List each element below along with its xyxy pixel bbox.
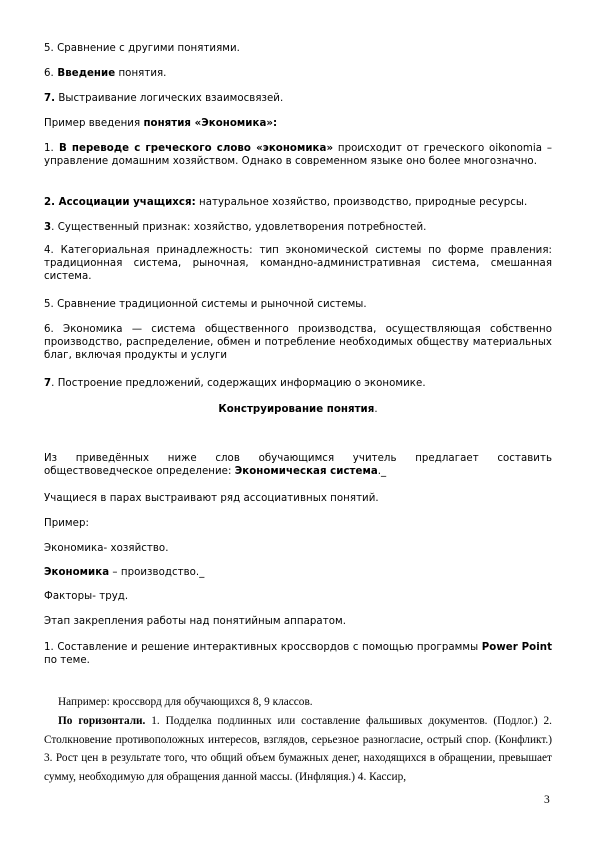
example-intro-text: Пример введения — [44, 118, 143, 129]
item-text: Сравнение с другими понятиями. — [54, 43, 240, 54]
page-number: 3 — [544, 794, 550, 806]
item-number: 6. — [44, 68, 54, 79]
item-number: 7. — [44, 93, 55, 104]
example-line-2: Экономика – производство._ — [44, 566, 552, 579]
item-bold-text: Введение — [54, 68, 115, 79]
list-item-introduction: 6. Введение понятия. — [44, 67, 552, 80]
example-text: Экономика- хозяйство. — [44, 543, 169, 554]
paragraph-text: Учащиеся в парах выстраивают ряд ассоциа… — [44, 493, 379, 504]
item-text: понятия. — [115, 68, 166, 79]
bold-text: . Ассоциации учащихся: — [51, 197, 196, 208]
paragraph-text: 6. Экономика — система общественного про… — [44, 324, 552, 361]
heading-text: Конструирование понятия — [218, 404, 374, 415]
econ-paragraph-7: 7. Построение предложений, содержащих ин… — [44, 377, 552, 390]
bold-text: В переводе с греческого слово « — [54, 143, 263, 154]
crossword-horizontal: По горизонтали. 1. Подделка подлинных ил… — [44, 712, 552, 786]
section-heading: Конструирование понятия. — [44, 403, 552, 416]
econ-paragraph-2: 2. Ассоциации учащихся: натуральное хозя… — [44, 196, 552, 209]
stage-heading: Этап закрепления работы над понятийным а… — [44, 615, 552, 628]
term: Экономическая система — [235, 466, 378, 477]
paragraph-text: 5. Сравнение традиционной системы и рыно… — [44, 299, 367, 310]
paragraph-tail: ._ — [378, 466, 386, 477]
example-line-3: Факторы- труд. — [44, 590, 552, 603]
program-name: Power Point — [482, 642, 552, 653]
econ-paragraph-4: 4. Категориальная принадлежность: тип эк… — [44, 244, 552, 283]
example-intro: Пример введения понятия «Экономика»: — [44, 117, 552, 130]
example-text: – производство._ — [109, 567, 204, 578]
item-number: 1. — [44, 642, 57, 653]
construct-paragraph-1: Из приведённых ниже слов обучающимся учи… — [44, 452, 552, 478]
list-item-logical-links: 7. Выстраивание логических взаимосвязей. — [44, 92, 552, 105]
paragraph-text: 4. Категориальная принадлежность: тип эк… — [44, 245, 552, 282]
heading-tail: . — [374, 404, 377, 415]
econ-paragraph-5: 5. Сравнение традиционной системы и рыно… — [44, 298, 552, 311]
example-term: Экономика — [44, 567, 109, 578]
crossword-intro: Например: кроссворд для обучающихся 8, 9… — [44, 693, 552, 712]
crossword-label: По горизонтали. — [58, 715, 145, 727]
example-line-1: Экономика- хозяйство. — [44, 542, 552, 555]
label-text: Пример: — [44, 518, 89, 529]
paragraph-text: натуральное хозяйство, производство, при… — [196, 197, 528, 208]
example-label: Пример: — [44, 517, 552, 530]
document-page: 5. Сравнение с другими понятиями. 6. Вве… — [0, 0, 595, 842]
econ-paragraph-1: 1. В переводе с греческого слово «эконом… — [44, 142, 552, 168]
item-number: 5. — [44, 43, 54, 54]
example-text: Факторы- труд. — [44, 591, 128, 602]
econ-paragraph-3: 3. Существенный признак: хозяйство, удов… — [44, 221, 552, 234]
intro-text: Например: кроссворд для обучающихся 8, 9… — [58, 696, 313, 708]
paragraph-text: . Построение предложений, содержащих инф… — [51, 378, 425, 389]
example-intro-concept: понятия «Экономика»: — [143, 118, 277, 129]
construct-paragraph-2: Учащиеся в парах выстраивают ряд ассоциа… — [44, 492, 552, 505]
item-text: Составление и решение интерактивных крос… — [57, 642, 481, 653]
econ-paragraph-6: 6. Экономика — система общественного про… — [44, 323, 552, 362]
item-number: 1. — [44, 143, 54, 154]
item-tail: по теме. — [44, 655, 90, 666]
item-text: Выстраивание логических взаимосвязей. — [55, 93, 283, 104]
paragraph-text: . Существенный признак: хозяйство, удовл… — [51, 222, 426, 233]
list-item-comparison: 5. Сравнение с другими понятиями. — [44, 42, 552, 55]
stage-text: Этап закрепления работы над понятийным а… — [44, 616, 346, 627]
stage-item-1: 1. Составление и решение интерактивных к… — [44, 641, 552, 667]
keyword: экономика — [263, 143, 327, 154]
